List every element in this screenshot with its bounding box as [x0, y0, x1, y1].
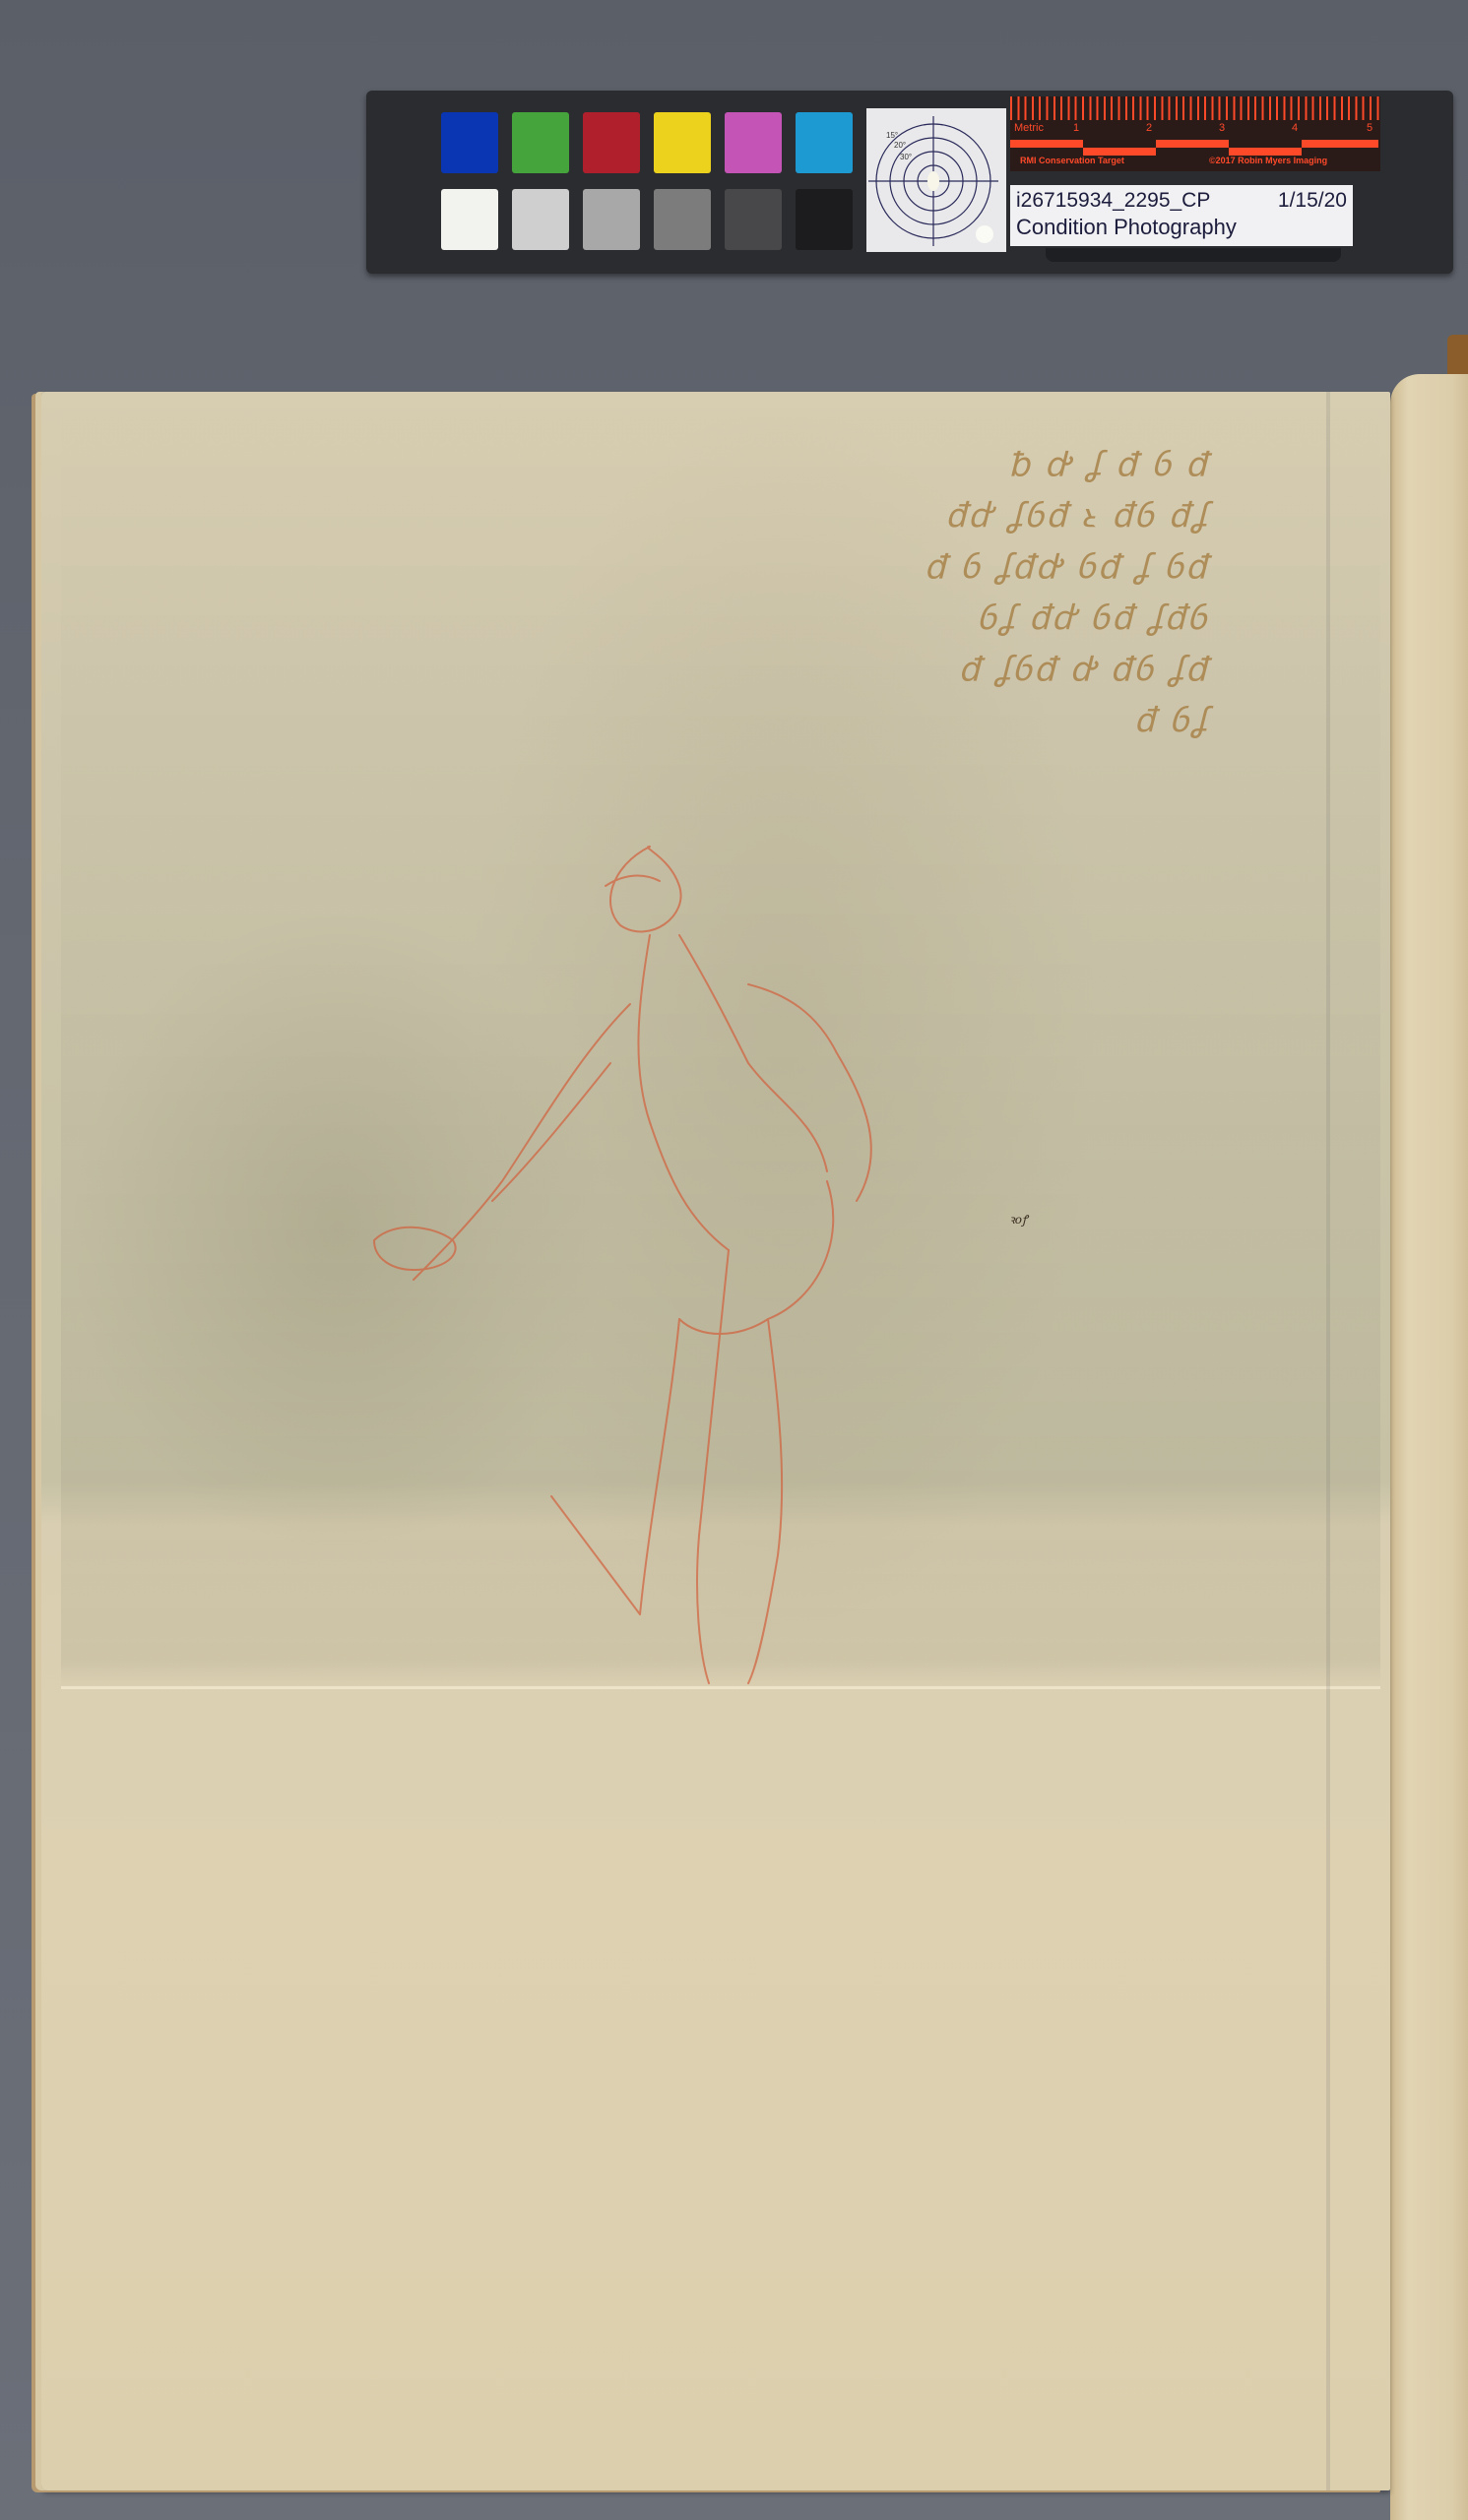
swatch-dark-gray [725, 189, 782, 250]
ruler-ticks [1010, 96, 1380, 120]
fold-line [1326, 392, 1330, 2490]
bullseye-target-icon: 15° 20° 30° [866, 108, 1006, 252]
svg-text:20°: 20° [894, 141, 906, 150]
ink-annotation: ꝛoꝭ [1009, 1211, 1028, 1228]
color-calibration-target: 15° 20° 30° Metric 1 2 3 4 5 RMI Conserv… [366, 91, 1453, 274]
swatch-blue [441, 112, 498, 173]
swatch-green [512, 112, 569, 173]
swatch-white [441, 189, 498, 250]
image-purpose: Condition Photography [1016, 215, 1347, 240]
photo-label-card: i26715934_2295_CP 1/15/20 Condition Phot… [1010, 185, 1353, 246]
swatch-mid-gray [654, 189, 711, 250]
swatch-light-gray [512, 189, 569, 250]
ruler-caption-left: RMI Conservation Target [1020, 156, 1124, 165]
swatch-mid-light-gray [583, 189, 640, 250]
swatch-yellow [654, 112, 711, 173]
label-holder-tab [1046, 248, 1341, 262]
red-chalk-figure-sketch [354, 827, 1142, 1693]
swatch-red [583, 112, 640, 173]
ruler-caption-right: ©2017 Robin Myers Imaging [1209, 156, 1327, 165]
swatch-black [796, 189, 853, 250]
swatch-cyan [796, 112, 853, 173]
adjacent-leaf-edge [1390, 374, 1468, 2520]
svg-text:30°: 30° [900, 153, 912, 161]
ruler-metric-label: Metric [1014, 122, 1044, 134]
metric-ruler: Metric 1 2 3 4 5 RMI Conservation Target… [1010, 96, 1380, 171]
inverted-handwritten-inscription: ꝭꝯ ꝑ ꝑꝭ ꝯꝑ ꝓ ꝑꝯꝭ ꝑ ꝯꝑꝭ ꝑꝯ ꝓꝑ ꝭꝯ ꝑꝯ ꝭ ꝑꝯ … [148, 443, 1211, 750]
svg-text:15°: 15° [886, 131, 898, 140]
image-date: 1/15/20 [1278, 189, 1347, 213]
image-id: i26715934_2295_CP [1016, 189, 1210, 213]
swatch-magenta [725, 112, 782, 173]
